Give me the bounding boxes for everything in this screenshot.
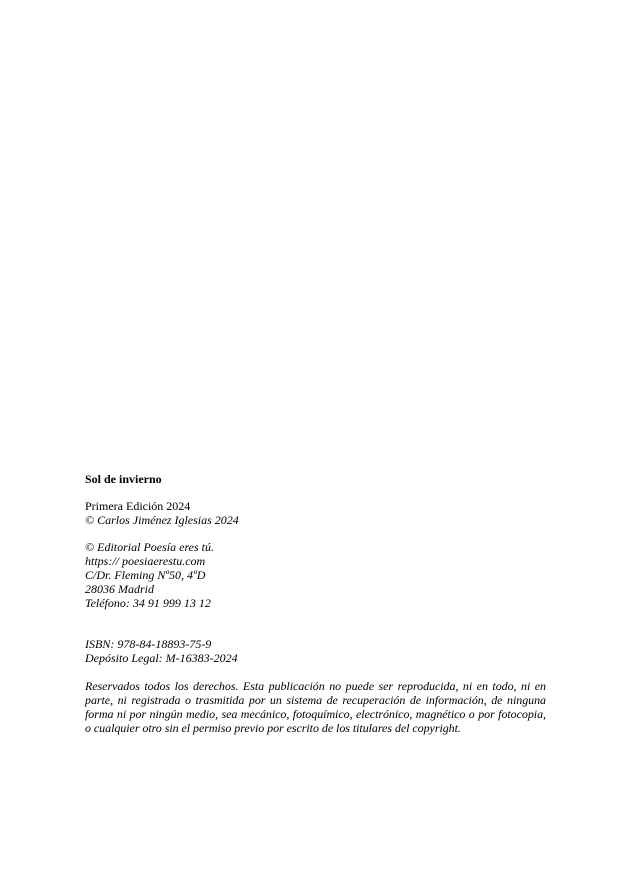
legal-block: ISBN: 978-84-18893-75-9 Depósito Legal: …: [85, 637, 546, 665]
publisher-copyright: © Editorial Poesía eres tú.: [85, 540, 546, 554]
edition-block: Primera Edición 2024 © Carlos Jiménez Ig…: [85, 499, 546, 527]
legal-deposit: Depósito Legal: M-16383-2024: [85, 651, 546, 665]
rights-notice: Reservados todos los derechos. Esta publ…: [85, 679, 546, 735]
publisher-website: https:// poesiaerestu.com: [85, 554, 546, 568]
copyright-page: Sol de invierno Primera Edición 2024 © C…: [0, 0, 629, 892]
edition-line: Primera Edición 2024: [85, 499, 546, 513]
title-block: Sol de invierno: [85, 472, 546, 486]
rights-block: Reservados todos los derechos. Esta publ…: [85, 679, 546, 735]
publisher-block: © Editorial Poesía eres tú. https:// poe…: [85, 540, 546, 610]
publisher-city: 28036 Madrid: [85, 582, 546, 596]
publisher-address: C/Dr. Fleming Nº50, 4ºD: [85, 568, 546, 582]
author-copyright: © Carlos Jiménez Iglesias 2024: [85, 513, 546, 527]
book-title: Sol de invierno: [85, 472, 546, 486]
isbn: ISBN: 978-84-18893-75-9: [85, 637, 546, 651]
publisher-phone: Teléfono: 34 91 999 13 12: [85, 596, 546, 610]
